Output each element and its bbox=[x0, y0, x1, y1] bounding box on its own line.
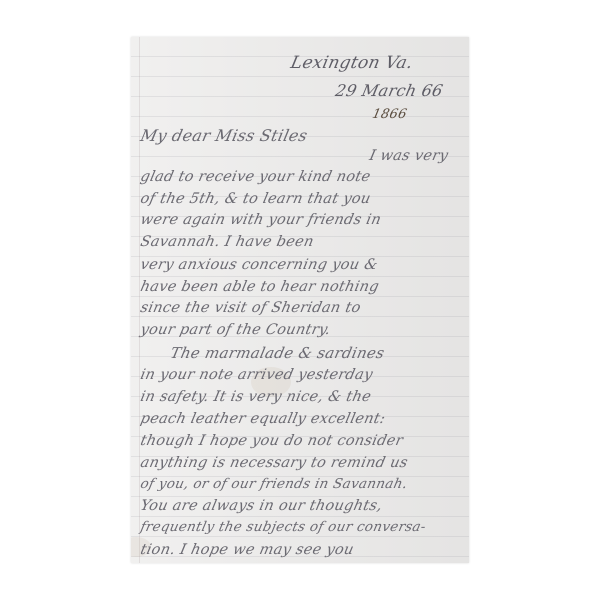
letter-line: of you, or of our friends in Savannah. bbox=[139, 478, 409, 492]
letter-place: Lexington Va. bbox=[289, 55, 414, 72]
image-stage: Lexington Va. 29 March 66 1866 My dear M… bbox=[0, 0, 600, 600]
letter-line: Savannah. I have been bbox=[139, 235, 315, 250]
letter-line: The marmalade & sardines bbox=[169, 346, 386, 361]
letter-line: You are always in our thoughts, bbox=[139, 499, 384, 514]
letter-line: have been able to hear nothing bbox=[139, 280, 380, 295]
letter-line: peach leather equally excellent: bbox=[139, 412, 387, 427]
letter-line: anything is necessary to remind us bbox=[139, 456, 409, 471]
letter-line: tion. I hope we may see you bbox=[139, 543, 355, 558]
letter-line: very anxious concerning you & bbox=[139, 258, 379, 273]
letter-line: were again with your friends in bbox=[139, 213, 382, 228]
letter-line: frequently the subjects of our conversa- bbox=[139, 521, 427, 535]
letter-line: glad to receive your kind note bbox=[139, 170, 372, 185]
letter-salutation: My dear Miss Stiles bbox=[139, 128, 309, 144]
letter-line: in your note arrived yesterday bbox=[139, 368, 374, 383]
letter-line: in safety. It is very nice, & the bbox=[139, 390, 372, 405]
letter-line: since the visit of Sheridan to bbox=[139, 301, 362, 316]
letter-year: 1866 bbox=[371, 108, 408, 121]
letter-line: of the 5th, & to learn that you bbox=[139, 192, 372, 207]
letter-date: 29 March 66 bbox=[334, 83, 444, 99]
letter-line: I was very bbox=[368, 149, 449, 164]
handwritten-letter-page: Lexington Va. 29 March 66 1866 My dear M… bbox=[131, 37, 469, 563]
letter-line: your part of the Country. bbox=[139, 323, 332, 338]
letter-line: though I hope you do not consider bbox=[139, 434, 404, 449]
